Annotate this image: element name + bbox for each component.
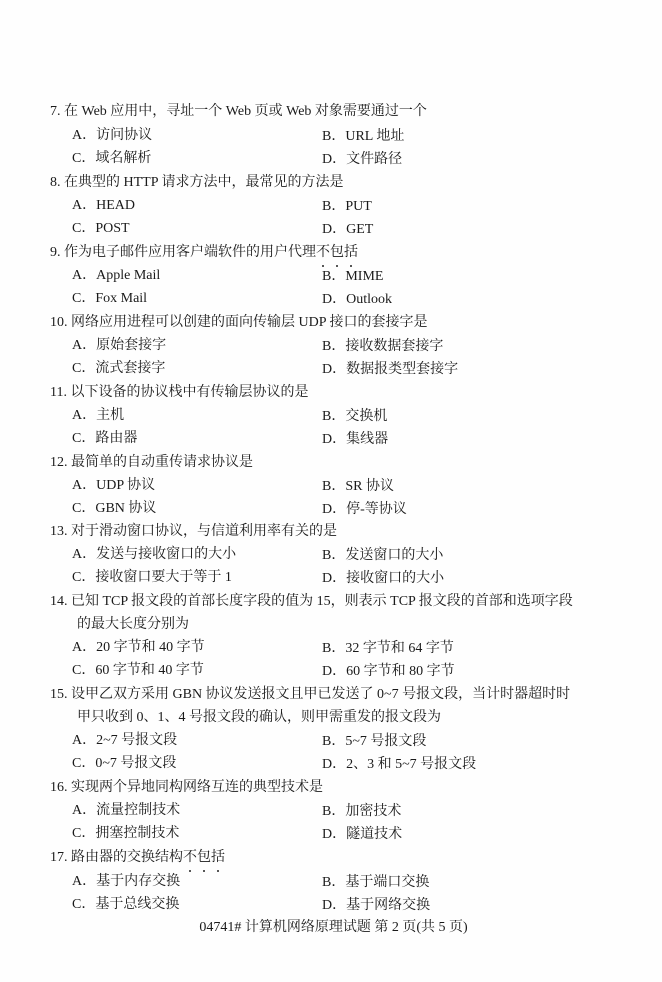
question-14-option-c: C．60 字节和 40 字节 [72,662,204,680]
emphasis-char: 不 [183,849,197,867]
question-7-option-b: B．URL 地址 [322,128,404,146]
question-text: 网络应用进程可以创建的面向传输层 UDP 接口的套接字是 [71,315,428,330]
question-8-option-c: C．POST [72,220,130,238]
question-12-stem: 12. 最简单的自动重传请求协议是 [50,454,253,472]
question-10-option-a: A．原始套接字 [72,337,166,355]
question-text: 路由器的交换结构 [71,850,183,865]
question-7-option-d: D．文件路径 [322,151,402,169]
question-14-stem-continued: 的最大长度分别为 [77,616,189,634]
question-15-option-d: D．2、3 和 5~7 号报文段 [322,756,476,774]
question-text: 设甲乙双方采用 GBN 协议发送报文且甲已发送了 0~7 号报文段，当计时器超时… [71,687,570,702]
emphasis-char: 不 [316,244,330,262]
question-12-option-c: C．GBN 协议 [72,500,156,518]
question-10-option-d: D．数据报类型套接字 [322,361,458,379]
question-number: 15. [50,687,68,702]
question-8-stem: 8. 在典型的 HTTP 请求方法中，最常见的方法是 [50,174,343,192]
question-text: 以下设备的协议栈中有传输层协议的是 [70,385,308,400]
question-7-option-c: C．域名解析 [72,150,151,168]
question-13-option-c: C．接收窗口要大于等于 1 [72,569,232,587]
question-text: 在典型的 HTTP 请求方法中，最常见的方法是 [64,175,343,190]
question-number: 7. [50,104,61,119]
question-text: 实现两个异地同构网络互连的典型技术是 [71,780,323,795]
question-17-stem: 17. 路由器的交换结构不包括 [50,849,225,867]
exam-page: 7. 在 Web 应用中，寻址一个 Web 页或 Web 对象需要通过一个 A．… [0,0,662,982]
question-16-option-a: A．流量控制技术 [72,802,180,820]
question-16-option-c: C．拥塞控制技术 [72,825,179,843]
question-14-option-b: B．32 字节和 64 字节 [322,640,454,658]
question-number: 13. [50,524,68,539]
question-15-option-b: B．5~7 号报文段 [322,733,426,751]
question-13-option-b: B．发送窗口的大小 [322,547,443,565]
question-9-option-d: D．Outlook [322,291,392,309]
question-11-option-d: D．集线器 [322,431,388,449]
question-text: 最简单的自动重传请求协议是 [71,455,253,470]
page-footer: 04741# 计算机网络原理试题 第 2 页(共 5 页) [0,919,662,937]
question-10-option-c: C．流式套接字 [72,360,165,378]
question-13-option-d: D．接收窗口的大小 [322,570,444,588]
emphasis-char: 包 [330,244,344,262]
question-number: 16. [50,780,68,795]
question-12-option-d: D．停-等协议 [322,501,407,519]
question-9-option-c: C．Fox Mail [72,290,147,308]
question-number: 10. [50,315,68,330]
question-11-option-c: C．路由器 [72,430,137,448]
question-number: 11. [50,385,67,400]
page-number-label: 04741# 计算机网络原理试题 第 2 页(共 5 页) [199,919,467,937]
question-16-option-d: D．隧道技术 [322,826,402,844]
question-14-option-a: A．20 字节和 40 字节 [72,639,205,657]
question-7-stem: 7. 在 Web 应用中，寻址一个 Web 页或 Web 对象需要通过一个 [50,103,427,121]
question-10-option-b: B．接收数据套接字 [322,338,443,356]
question-8-option-a: A．HEAD [72,197,135,215]
question-15-option-a: A．2~7 号报文段 [72,732,177,750]
question-15-stem-continued: 甲只收到 0、1、4 号报文段的确认，则甲需重发的报文段为 [77,709,441,727]
question-7-option-a: A．访问协议 [72,127,152,145]
question-number: 17. [50,850,68,865]
question-text: 在 Web 应用中，寻址一个 Web 页或 Web 对象需要通过一个 [64,104,427,119]
question-9-option-a: A．Apple Mail [72,267,160,285]
question-11-option-a: A．主机 [72,407,124,425]
question-15-option-c: C．0~7 号报文段 [72,755,176,773]
question-11-option-b: B．交换机 [322,408,387,426]
question-13-stem: 13. 对于滑动窗口协议，与信道利用率有关的是 [50,523,337,541]
question-number: 9. [50,245,61,260]
question-17-option-b: B．基于端口交换 [322,874,429,892]
emphasis-char: 包 [197,849,211,867]
question-15-stem: 15. 设甲乙双方采用 GBN 协议发送报文且甲已发送了 0~7 号报文段，当计… [50,686,570,704]
emphasis-char: 括 [344,244,358,262]
question-8-option-d: D．GET [322,221,373,239]
question-12-option-a: A．UDP 协议 [72,477,155,495]
question-text: 已知 TCP 报文段的首部长度字段的值为 15，则表示 TCP 报文段的首部和选… [71,594,573,609]
question-13-option-a: A．发送与接收窗口的大小 [72,546,236,564]
question-number: 12. [50,455,68,470]
emphasis-char: 括 [211,849,225,867]
question-text: 作为电子邮件应用客户端软件的用户代理 [64,245,316,260]
question-16-option-b: B．加密技术 [322,803,401,821]
question-8-option-b: B．PUT [322,198,372,216]
question-11-stem: 11. 以下设备的协议栈中有传输层协议的是 [50,384,308,402]
question-text: 对于滑动窗口协议，与信道利用率有关的是 [71,524,337,539]
question-number: 8. [50,175,61,190]
question-9-stem: 9. 作为电子邮件应用客户端软件的用户代理不包括 [50,244,358,262]
question-17-option-a: A．基于内存交换 [72,873,180,891]
question-17-option-d: D．基于网络交换 [322,897,430,915]
question-16-stem: 16. 实现两个异地同构网络互连的典型技术是 [50,779,323,797]
question-17-option-c: C．基于总线交换 [72,896,179,914]
question-14-option-d: D．60 字节和 80 字节 [322,663,455,681]
question-10-stem: 10. 网络应用进程可以创建的面向传输层 UDP 接口的套接字是 [50,314,428,332]
question-9-option-b: B．MIME [322,268,383,286]
question-number: 14. [50,594,68,609]
question-14-stem: 14. 已知 TCP 报文段的首部长度字段的值为 15，则表示 TCP 报文段的… [50,593,573,611]
question-12-option-b: B．SR 协议 [322,478,394,496]
